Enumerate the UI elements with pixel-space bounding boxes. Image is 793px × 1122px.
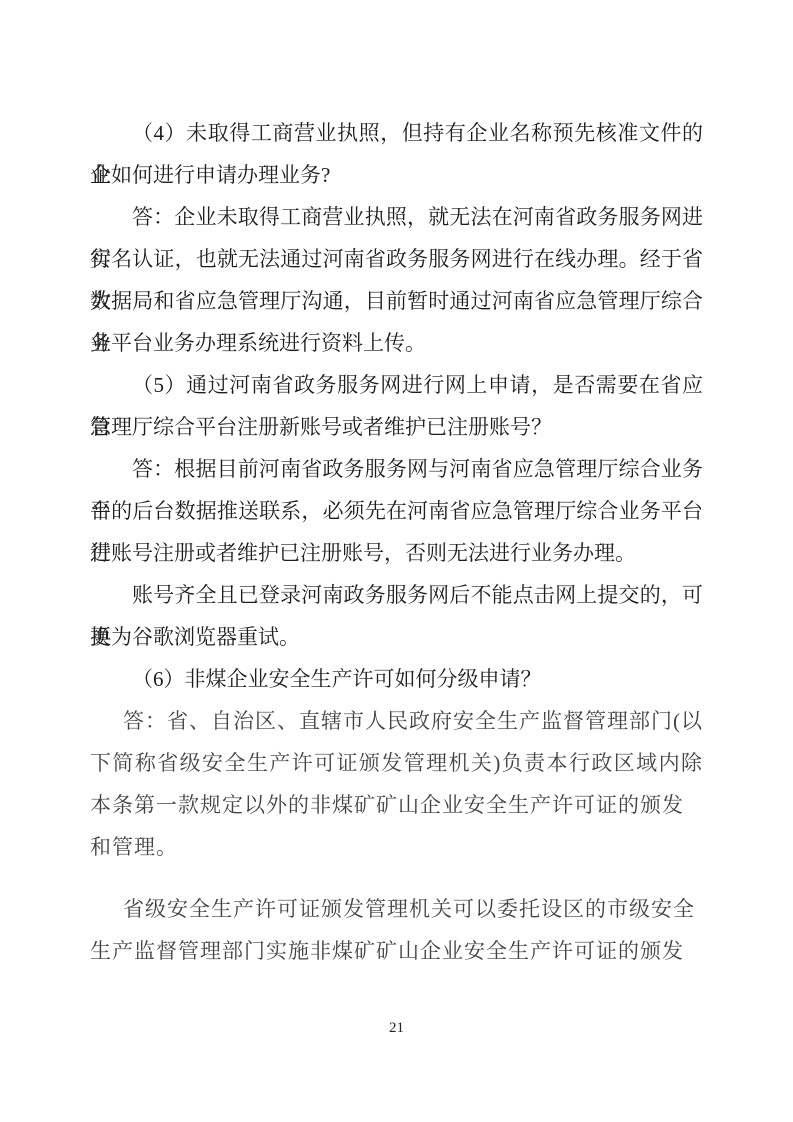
question-6-line-1: （6）非煤企业安全生产许可如何分级申请？ — [90, 658, 703, 700]
answer-6-cont-line-2: 生产监督管理部门实施非煤矿矿山企业安全生产许可证的颁发 — [90, 930, 703, 972]
answer-4-line-1: 答：企业未取得工商营业执照，就无法在河南省政务服务网进行 — [90, 196, 703, 238]
answer-5-note-line-2: 换为谷歌浏览器重试。 — [90, 616, 703, 658]
answer-5-line-3: 行账号注册或者维护已注册账号，否则无法进行业务办理。 — [90, 532, 703, 574]
answer-6-line-4: 和管理。 — [90, 826, 703, 868]
answer-6-line-1: 答：省、自治区、直辖市人民政府安全生产监督管理部门(以 — [90, 700, 703, 742]
answer-6-line-3: 本条第一款规定以外的非煤矿矿山企业安全生产许可证的颁发 — [90, 784, 703, 826]
answer-5-line-2: 台的后台数据推送联系，必须先在河南省应急管理厅综合业务平台进 — [90, 490, 703, 532]
page-number: 21 — [0, 1020, 793, 1037]
answer-5-note-line-1: 账号齐全且已登录河南政务服务网后不能点击网上提交的，可更 — [90, 574, 703, 616]
answer-6-cont-line-1: 省级安全生产许可证颁发管理机关可以委托设区的市级安全 — [90, 888, 703, 930]
answer-5-line-1: 答：根据目前河南省政务服务网与河南省应急管理厅综合业务平 — [90, 448, 703, 490]
question-5-line-2: 管理厅综合平台注册新账号或者维护已注册账号？ — [90, 406, 703, 448]
document-body: （4）未取得工商营业执照，但持有企业名称预先核准文件的企 业如何进行申请办理业务… — [90, 112, 703, 972]
answer-4-line-2: 实名认证，也就无法通过河南省政务服务网进行在线办理。经于省大 — [90, 238, 703, 280]
answer-4-line-4: 务平台业务办理系统进行资料上传。 — [90, 322, 703, 364]
answer-6-line-2: 下简称省级安全生产许可证颁发管理机关)负责本行政区域内除 — [90, 742, 703, 784]
question-5-line-1: （5）通过河南省政务服务网进行网上申请，是否需要在省应急 — [90, 364, 703, 406]
question-4-line-2: 业如何进行申请办理业务? — [90, 154, 703, 196]
document-page: （4）未取得工商营业执照，但持有企业名称预先核准文件的企 业如何进行申请办理业务… — [0, 0, 793, 1122]
paragraph-gap — [90, 868, 703, 888]
answer-4-line-3: 数据局和省应急管理厅沟通，目前暂时通过河南省应急管理厅综合业 — [90, 280, 703, 322]
question-4-line-1: （4）未取得工商营业执照，但持有企业名称预先核准文件的企 — [90, 112, 703, 154]
